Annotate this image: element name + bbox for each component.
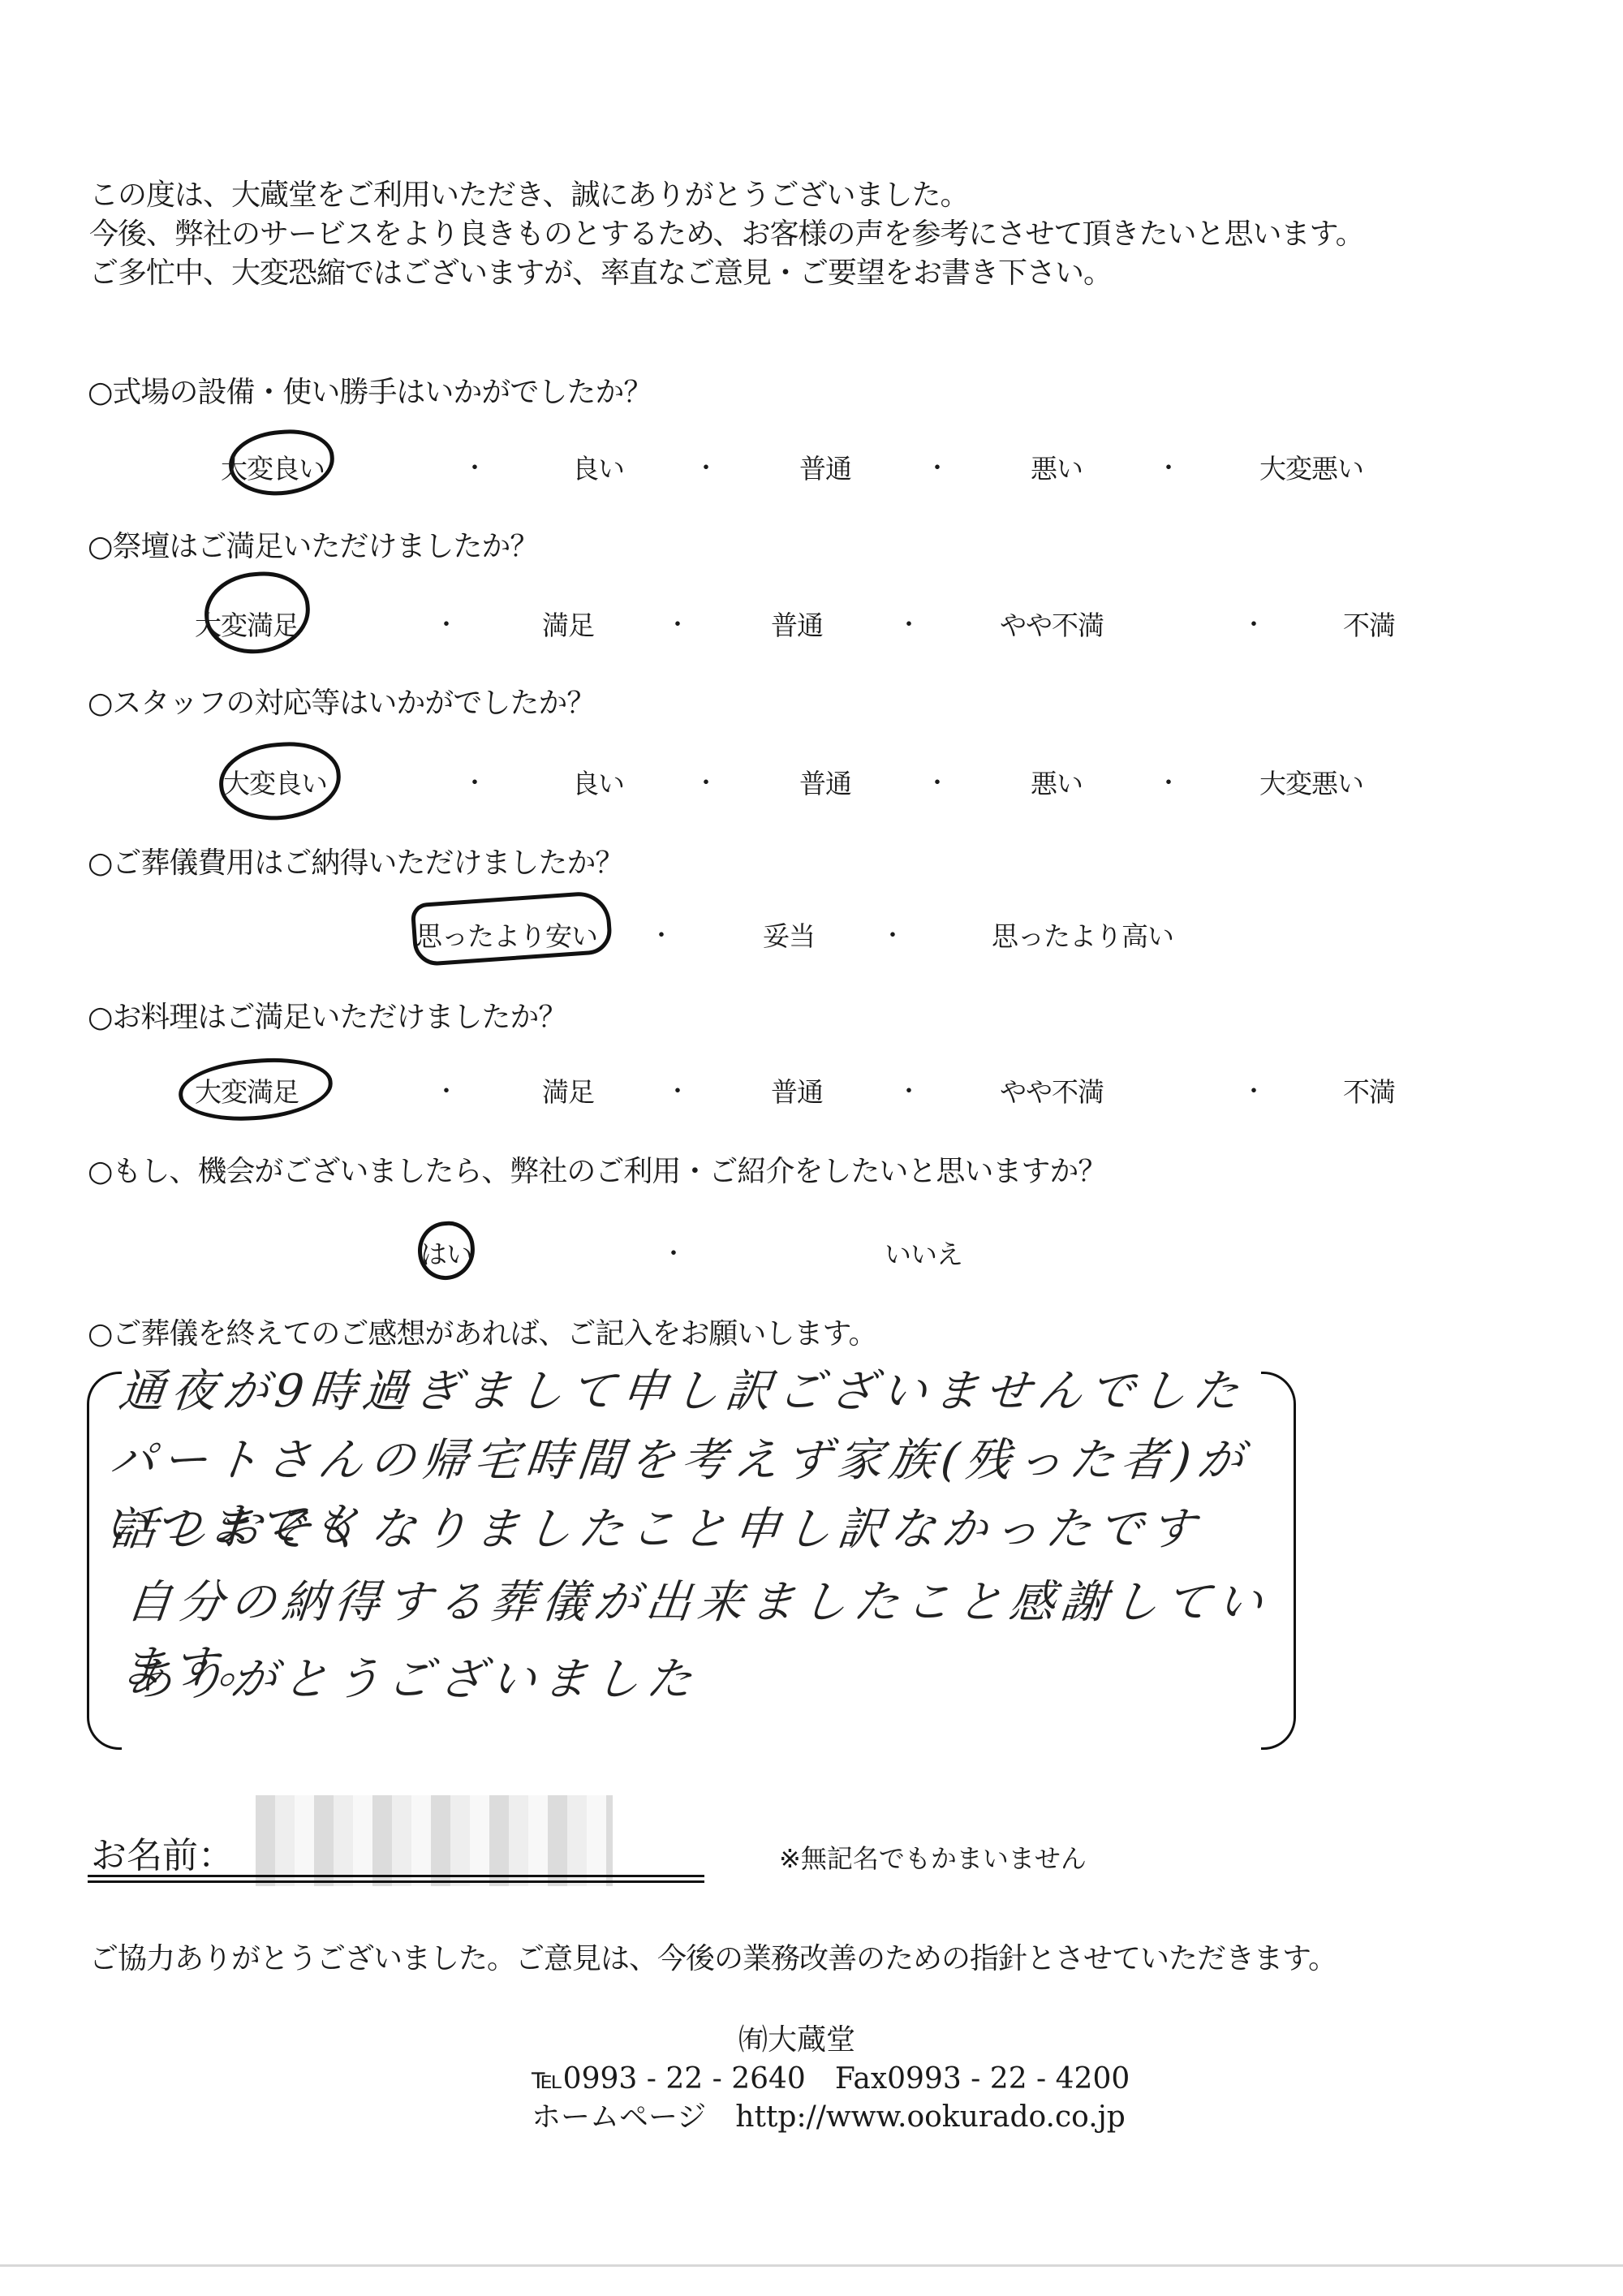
comment-prompt: ○ご葬儀を終えてのご感想があれば、ご記入をお願いします。 xyxy=(88,1311,877,1352)
option-no[interactable]: いいえ xyxy=(885,1234,962,1272)
separator-dot: ・ xyxy=(1156,448,1181,484)
option-reasonable[interactable]: 妥当 xyxy=(763,915,815,954)
comment-box[interactable]: 通夜が9時過ぎまして申し訳ございませんでした パートさんの帰宅時間を考えず家族(… xyxy=(87,1372,1296,1745)
question-text: ○もし、機会がございましたら、弊社のご利用・ご紹介をしたいと思いますか？ xyxy=(88,1148,1106,1190)
separator-dot: ・ xyxy=(925,763,949,799)
separator-dot: ・ xyxy=(694,448,718,484)
separator-dot: ・ xyxy=(694,763,718,799)
option-good[interactable]: 良い xyxy=(572,448,624,486)
separator-dot: ・ xyxy=(925,448,949,484)
question-text: ○スタッフの対応等はいかがでしたか？ xyxy=(88,680,595,722)
separator-dot: ・ xyxy=(434,1071,458,1107)
name-field-redacted[interactable] xyxy=(256,1795,613,1886)
option-yes[interactable]: はい xyxy=(420,1234,472,1272)
intro-line-3: ご多忙中、大変恐縮ではございますが、率直なご意見・ご要望をお書き下さい。 xyxy=(89,250,1112,291)
option-normal[interactable]: 普通 xyxy=(799,763,851,801)
option-normal[interactable]: 普通 xyxy=(799,448,851,486)
question-text: ○式場の設備・使い勝手はいかがでしたか？ xyxy=(88,369,652,411)
separator-dot: ・ xyxy=(463,448,487,484)
comment-line: 通夜が9時過ぎまして申し訳ございませんでした xyxy=(116,1355,1249,1420)
separator-dot: ・ xyxy=(463,763,487,799)
question-text: ○ご葬儀費用はご納得いただけましたか？ xyxy=(88,840,623,881)
separator-dot: ・ xyxy=(1242,605,1266,640)
option-slightly-dissatisfied[interactable]: やや不満 xyxy=(1000,1071,1104,1109)
separator-dot: ・ xyxy=(897,1071,921,1107)
separator-dot: ・ xyxy=(649,915,674,951)
option-dissatisfied[interactable]: 不満 xyxy=(1343,605,1395,643)
intro-line-1: この度は、大蔵堂をご利用いただき、誠にありがとうございました。 xyxy=(89,172,969,213)
option-dissatisfied[interactable]: 不満 xyxy=(1343,1071,1395,1109)
question-text: ○お料理はご満足いただけましたか？ xyxy=(88,994,566,1036)
closing-message: ご協力ありがとうございました。ご意見は、今後の業務改善のための指針とさせていただ… xyxy=(89,1936,1337,1977)
option-good[interactable]: 良い xyxy=(572,763,624,801)
separator-dot: ・ xyxy=(1242,1071,1266,1107)
name-label: お名前： xyxy=(91,1826,234,1878)
option-normal[interactable]: 普通 xyxy=(771,1071,823,1109)
separator-dot: ・ xyxy=(661,1234,686,1269)
option-very-bad[interactable]: 大変悪い xyxy=(1259,448,1363,486)
option-bad[interactable]: 悪い xyxy=(1031,763,1083,801)
separator-dot: ・ xyxy=(665,1071,690,1107)
company-contact: ℡0993 - 22 - 2640 Fax0993 - 22 - 4200 xyxy=(532,2056,1130,2097)
anonymous-note: ※無記名でもかまいません xyxy=(779,1838,1087,1876)
option-normal[interactable]: 普通 xyxy=(771,605,823,643)
page-edge-line xyxy=(0,2264,1623,2267)
question-text: ○祭壇はご満足いただけましたか？ xyxy=(88,523,538,565)
option-very-good[interactable]: 大変良い xyxy=(223,763,327,801)
company-homepage[interactable]: ホームページ http://www.ookurado.co.jp xyxy=(532,2094,1126,2135)
option-more-expensive-than-expected[interactable]: 思ったより高い xyxy=(992,915,1173,954)
option-very-good[interactable]: 大変良い xyxy=(221,448,325,486)
option-bad[interactable]: 悪い xyxy=(1031,448,1083,486)
separator-dot: ・ xyxy=(1156,763,1181,799)
name-underline xyxy=(88,1875,704,1883)
comment-line: 話しおそくなりましたこと申し訳なかったです xyxy=(108,1493,1205,1558)
separator-dot: ・ xyxy=(880,915,905,951)
option-very-satisfied[interactable]: 大変満足 xyxy=(195,1071,299,1109)
intro-line-2: 今後、弊社のサービスをより良きものとするため、お客様の声を参考にさせて頂きたいと… xyxy=(89,211,1364,252)
option-slightly-dissatisfied[interactable]: やや不満 xyxy=(1000,605,1104,643)
separator-dot: ・ xyxy=(897,605,921,640)
option-satisfied[interactable]: 満足 xyxy=(542,605,594,643)
company-name: ㈲大蔵堂 xyxy=(738,2017,855,2058)
separator-dot: ・ xyxy=(665,605,690,640)
option-satisfied[interactable]: 満足 xyxy=(542,1071,594,1109)
option-very-satisfied[interactable]: 大変満足 xyxy=(195,605,299,643)
option-cheaper-than-expected[interactable]: 思ったより安い xyxy=(415,915,597,954)
comment-line: ありがとうございました xyxy=(124,1643,702,1708)
option-very-bad[interactable]: 大変悪い xyxy=(1259,763,1363,801)
separator-dot: ・ xyxy=(434,605,458,640)
